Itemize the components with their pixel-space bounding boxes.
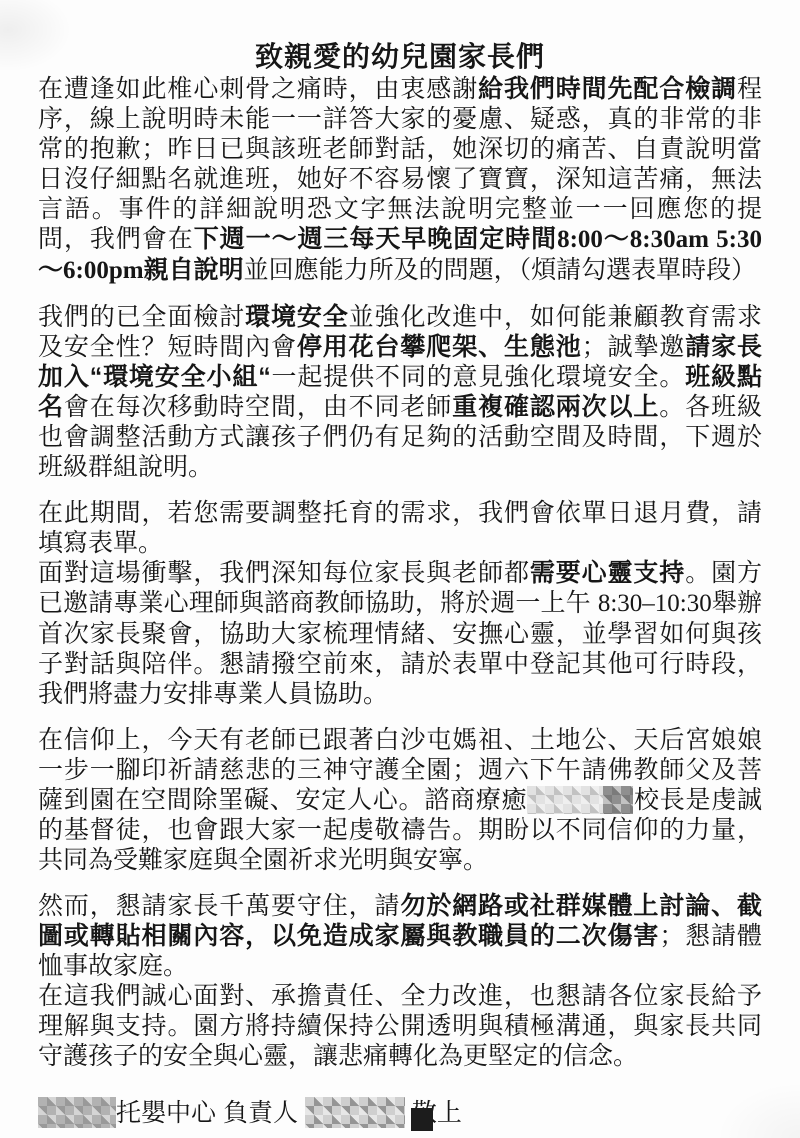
text-run: 停用花台攀爬架、生態池 bbox=[297, 333, 582, 361]
text-run: 環境安全 bbox=[245, 303, 349, 331]
text-run: 並回應能力所及的問題，（煩請勾選表單時段） bbox=[244, 256, 757, 284]
paragraph-commitment: 在這我們誠心面對、承擔責任、全力改進，也懇請各位家長給予理解與支持。園方將持續保… bbox=[38, 981, 762, 1071]
text-run: 在此期間，若您需要調整托育的需求，我們會依單日退月費，請填寫表單。 bbox=[38, 499, 762, 557]
signature-line: 托嬰中心 負責人 敬上 bbox=[38, 1097, 762, 1128]
redaction-mosaic bbox=[38, 1097, 116, 1128]
paragraph-gap bbox=[38, 875, 762, 891]
letter-body: 在遭逢如此椎心刺骨之痛時，由衷感謝給我們時間先配合檢調程序，線上說明時未能一一詳… bbox=[38, 74, 762, 1128]
text-run: 下週一～週三每天早晚固定時間 bbox=[194, 225, 557, 253]
paragraph-gap bbox=[38, 1071, 762, 1097]
text-run: 給我們時間先配合檢調 bbox=[478, 75, 737, 103]
letter-document: 致親愛的幼兒園家長們 在遭逢如此椎心刺骨之痛時，由衷感謝給我們時間先配合檢調程序… bbox=[0, 0, 800, 1128]
redaction-mosaic bbox=[527, 786, 603, 814]
text-run: 然而，懇請家長千萬要守住，請 bbox=[38, 892, 400, 920]
paragraph-gap bbox=[38, 286, 762, 302]
text-run: 托嬰中心 負責人 bbox=[116, 1099, 305, 1127]
text-run: 在遭逢如此椎心刺骨之痛時，由衷感謝 bbox=[38, 75, 478, 103]
paragraph-gap bbox=[38, 482, 762, 498]
text-run: 重複確認兩次以上 bbox=[452, 393, 659, 421]
redaction-mosaic bbox=[603, 786, 633, 814]
text-run: 親自說明 bbox=[144, 256, 244, 284]
paragraph-tuition: 在此期間，若您需要調整托育的需求，我們會依單日退月費，請填寫表單。 bbox=[38, 498, 762, 558]
paragraph-support: 面對這場衝擊，我們深知每位家長與老師都需要心靈支持。園方已邀請專業心理師與諮商教… bbox=[38, 558, 762, 709]
paragraph-safety: 我們的已全面檢討環境安全並強化改進中，如何能兼顧教育需求及安全性？短時間內會停用… bbox=[38, 302, 762, 482]
text-run: ；誠摯邀 bbox=[582, 333, 686, 361]
text-run: 8:30–10:30 bbox=[598, 590, 712, 617]
letter-title: 致親愛的幼兒園家長們 bbox=[38, 40, 762, 74]
paragraph-apology: 在遭逢如此椎心刺骨之痛時，由衷感謝給我們時間先配合檢調程序，線上說明時未能一一詳… bbox=[38, 74, 762, 286]
text-run: 會在每次移動時空間，由不同老師 bbox=[64, 393, 452, 421]
text-run: 我們的已全面檢討 bbox=[38, 303, 245, 331]
text-run: 上 bbox=[437, 1099, 462, 1127]
redaction-mosaic bbox=[305, 1097, 405, 1128]
text-run: 需要心靈支持 bbox=[530, 559, 685, 587]
partially-redacted-char: 敬 bbox=[412, 1098, 437, 1128]
paragraph-faith: 在信仰上，今天有老師已跟著白沙屯媽祖、土地公、天后宮娘娘一步一腳印祈請慈悲的三神… bbox=[38, 725, 762, 875]
text-run: 在這我們誠心面對、承擔責任、全力改進，也懇請各位家長給予理解與支持。園方將持續保… bbox=[38, 982, 762, 1070]
text-run: 面對這場衝擊，我們深知每位家長與老師都 bbox=[38, 559, 530, 587]
paragraph-gap bbox=[38, 709, 762, 725]
paragraph-privacy: 然而，懇請家長千萬要守住，請勿於網路或社群媒體上討論、截圖或轉貼相關內容，以免造… bbox=[38, 891, 762, 981]
text-run: 一起提供不同的意見強化環境安全。 bbox=[271, 363, 686, 391]
